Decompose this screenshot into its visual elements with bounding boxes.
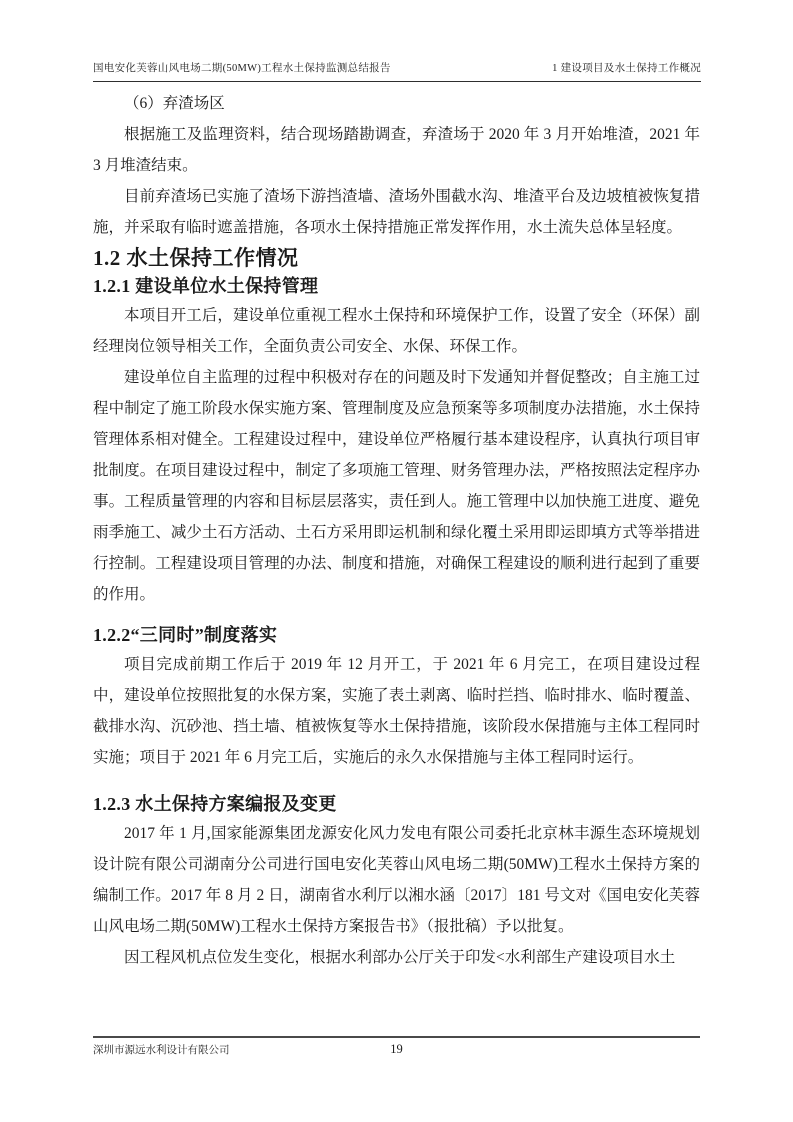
footer-page-number: 19 <box>390 1042 403 1057</box>
document-body: （6）弃渣场区 根据施工及监理资料，结合现场踏勘调查，弃渣场于 2020 年 3… <box>93 88 700 973</box>
header-report-title: 国电安化芙蓉山风电场二期(50MW)工程水土保持监测总结报告 <box>93 60 391 75</box>
paragraph-dump-measures: 目前弃渣场已实施了渣场下游挡渣墙、渣场外围截水沟、堆渣平台及边坡植被恢复措施，并… <box>93 181 700 243</box>
footer-company: 深圳市源远水利设计有限公司 <box>93 1045 230 1056</box>
paragraph-management-roles: 本项目开工后，建设单位重视工程水土保持和环境保护工作，设置了安全（环保）副经理岗… <box>93 300 700 362</box>
paragraph-plan-approval: 2017 年 1 月,国家能源集团龙源安化风力发电有限公司委托北京林丰源生态环境… <box>93 818 700 942</box>
subsection-label-dump-site: （6）弃渣场区 <box>93 88 700 119</box>
section-heading-1-2: 1.2 水土保持工作情况 <box>93 243 700 273</box>
subsection-heading-1-2-2: 1.2.2“三同时”制度落实 <box>93 622 700 649</box>
paragraph-dump-schedule: 根据施工及监理资料，结合现场踏勘调查，弃渣场于 2020 年 3 月开始堆渣，2… <box>93 119 700 181</box>
paragraph-management-system: 建设单位自主监理的过程中积极对存在的问题及时下发通知并督促整改；自主施工过程中制… <box>93 362 700 610</box>
subsection-heading-1-2-3: 1.2.3 水土保持方案编报及变更 <box>93 791 700 818</box>
page-footer: 深圳市源远水利设计有限公司 19 <box>93 1036 700 1057</box>
subsection-heading-1-2-1: 1.2.1 建设单位水土保持管理 <box>93 273 700 300</box>
document-page: 国电安化芙蓉山风电场二期(50MW)工程水土保持监测总结报告 1 建设项目及水土… <box>0 0 793 1122</box>
paragraph-turbine-change: 因工程风机点位发生变化，根据水利部办公厅关于印发<水利部生产建设项目水土 <box>93 942 700 973</box>
header-chapter-title: 1 建设项目及水土保持工作概况 <box>552 60 701 75</box>
page-header: 国电安化芙蓉山风电场二期(50MW)工程水土保持监测总结报告 1 建设项目及水土… <box>93 60 701 82</box>
paragraph-three-simultaneous: 项目完成前期工作后于 2019 年 12 月开工，于 2021 年 6 月完工，… <box>93 649 700 773</box>
